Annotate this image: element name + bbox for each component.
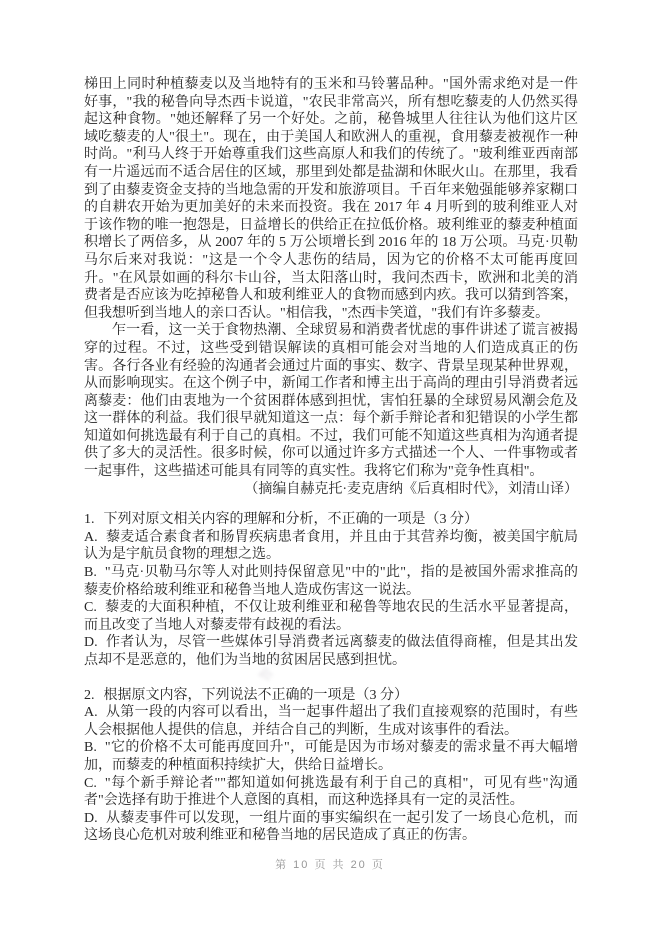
question-1-option-d: D.作者认为，尽管一些媒体引导消费者远离藜麦的做法值得商榷，但是其出发点却不是恶…	[84, 634, 578, 669]
exam-reading-section: 梯田上同时种植藜麦以及当地特有的玉米和马铃薯品种。"国外需求绝对是一件好事，"我…	[84, 76, 578, 845]
option-label: C.	[84, 776, 97, 791]
option-text: 藜麦适合素食者和肠胃疾病患者食用，并且由于其营养均衡，被美国宇航局认为是宇航员食…	[84, 530, 578, 563]
question-1-option-b: B."马克·贝勒马尔等人对此则持保留意见"中的"此"，指的是被国外需求推高的藜麦…	[84, 564, 578, 599]
option-text: "它的价格不太可能再度回升"，可能是因为市场对藜麦的需求量不再大幅增加，而藜麦的…	[84, 740, 578, 773]
question-1-option-a: A.藜麦适合素食者和肠胃疾病患者食用，并且由于其营养均衡，被美国宇航局认为是宇航…	[84, 529, 578, 564]
option-label: B.	[84, 565, 97, 580]
question-2-option-c: C."每个新手辩论者""都知道如何挑选最有利于自己的真相"，可见有些"沟通者"会…	[84, 775, 578, 810]
question-stem: 2.根据原文内容，下列说法不正确的一项是（3 分）	[84, 687, 578, 705]
question-stem: 1.下列对原文相关内容的理解和分析，不正确的一项是（3 分）	[84, 511, 578, 529]
passage-paragraph: 乍一看，这一关于食物热潮、全球贸易和消费者忧虑的事件讲述了谎言被揭穿的过程。不过…	[84, 322, 578, 480]
question-2-option-d: D.从藜麦事件可以发现，一组片面的事实编织在一起引发了一场良心危机，而这场良心危…	[84, 810, 578, 845]
question-2: 2.根据原文内容，下列说法不正确的一项是（3 分） A.从第一段的内容可以看出，…	[84, 687, 578, 845]
question-1: 1.下列对原文相关内容的理解和分析，不正确的一项是（3 分） A.藜麦适合素食者…	[84, 511, 578, 669]
option-text: 从藜麦事件可以发现，一组片面的事实编织在一起引发了一场良心危机，而这场良心危机对…	[84, 811, 578, 844]
option-text: "每个新手辩论者""都知道如何挑选最有利于自己的真相"，可见有些"沟通者"会选择…	[84, 776, 578, 809]
option-label: C.	[84, 600, 97, 615]
option-label: A.	[84, 705, 98, 720]
option-label: D.	[84, 811, 98, 826]
option-text: 从第一段的内容可以看出，当一起事件超出了我们直接观察的范围时，有些人会根据他人提…	[84, 705, 578, 738]
passage-attribution: （摘编自赫克托·麦克唐纳《后真相时代》，刘清山译）	[84, 481, 578, 499]
page-footer: 第 10 页 共 20 页	[0, 856, 660, 872]
option-label: D.	[84, 635, 98, 650]
question-2-option-b: B."它的价格不太可能再度回升"，可能是因为市场对藜麦的需求量不再大幅增加，而藜…	[84, 739, 578, 774]
option-text: 作者认为，尽管一些媒体引导消费者远离藜麦的做法值得商榷，但是其出发点却不是恶意的…	[84, 635, 578, 668]
document-page: 智学教育联盟 智学教育联盟 梯田上同时种植藜麦以及当地特有的玉米和马铃薯品种。"…	[0, 0, 660, 933]
option-label: B.	[84, 740, 97, 755]
option-text: 藜麦的大面积种植，不仅让玻利维亚和秘鲁等地农民的生活水平显著提高，而且改变了当地…	[84, 600, 578, 633]
passage-paragraph: 梯田上同时种植藜麦以及当地特有的玉米和马铃薯品种。"国外需求绝对是一件好事，"我…	[84, 76, 578, 322]
option-text: "马克·贝勒马尔等人对此则持保留意见"中的"此"，指的是被国外需求推高的藜麦价格…	[84, 565, 578, 598]
question-2-option-a: A.从第一段的内容可以看出，当一起事件超出了我们直接观察的范围时，有些人会根据他…	[84, 704, 578, 739]
question-number: 1.	[84, 512, 95, 527]
option-label: A.	[84, 530, 98, 545]
question-1-option-c: C.藜麦的大面积种植，不仅让玻利维亚和秘鲁等地农民的生活水平显著提高，而且改变了…	[84, 599, 578, 634]
question-number: 2.	[84, 688, 95, 703]
question-stem-text: 下列对原文相关内容的理解和分析，不正确的一项是（3 分）	[104, 512, 479, 527]
question-stem-text: 根据原文内容，下列说法不正确的一项是（3 分）	[104, 688, 409, 703]
